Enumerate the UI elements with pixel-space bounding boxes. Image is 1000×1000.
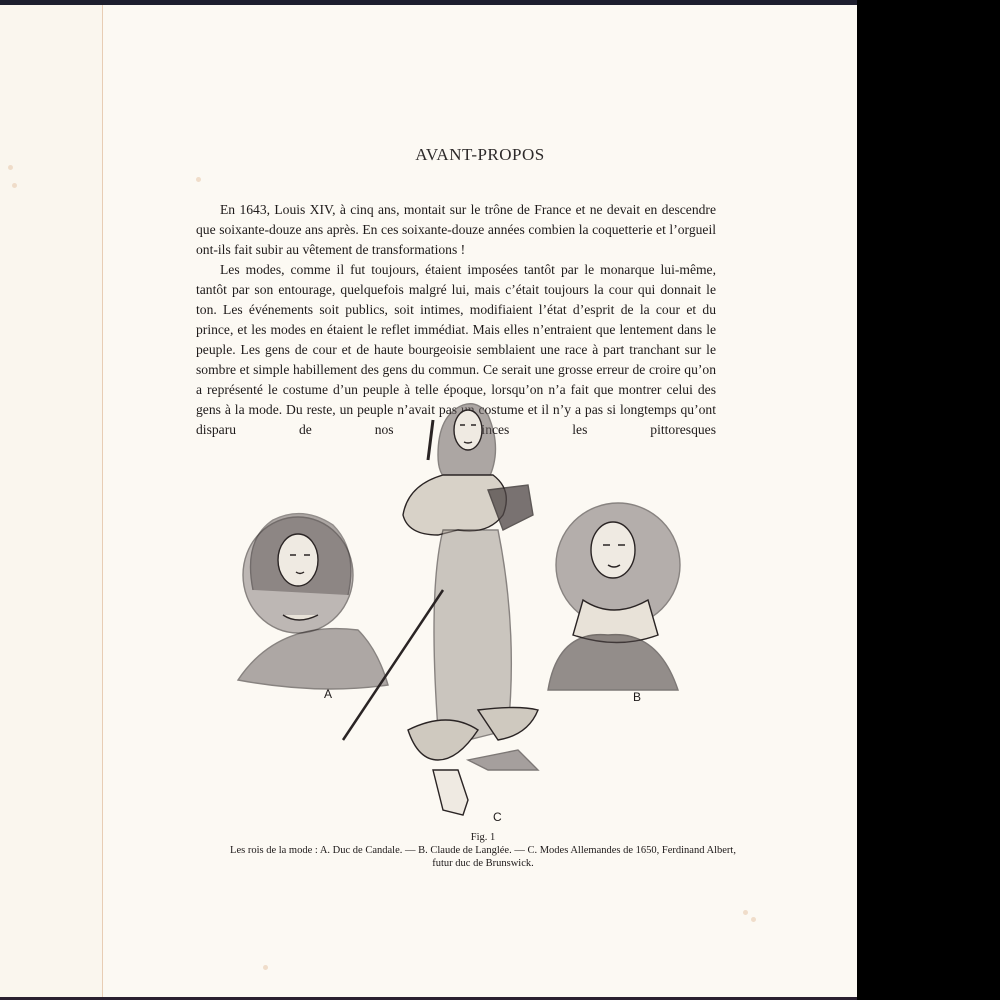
figure-illustration: A B C (228, 390, 728, 830)
foxing-spot (12, 183, 17, 188)
figure-c (343, 404, 538, 815)
foxing-spot (743, 910, 748, 915)
page-title: AVANT-PROPOS (103, 145, 857, 165)
portrait-a (238, 514, 388, 689)
label-b: B (633, 690, 641, 704)
label-c: C (493, 810, 502, 824)
scanned-book-spread: AVANT-PROPOS En 1643, Louis XIV, à cinq … (0, 0, 857, 1000)
figure-caption: Fig. 1 Les rois de la mode : A. Duc de C… (223, 831, 743, 870)
foxing-spot (8, 165, 13, 170)
book-page: AVANT-PROPOS En 1643, Louis XIV, à cinq … (103, 5, 857, 997)
left-page-edge (0, 5, 103, 997)
label-a: A (324, 687, 332, 701)
figure-number: Fig. 1 (223, 831, 743, 844)
foxing-spot (263, 965, 268, 970)
portrait-b (548, 503, 680, 690)
foxing-spot (196, 177, 201, 182)
foxing-spot (751, 917, 756, 922)
paragraph: En 1643, Louis XIV, à cinq ans, montait … (196, 200, 716, 260)
engraving-image (228, 390, 728, 830)
caption-text: Les rois de la mode : A. Duc de Candale.… (230, 845, 736, 869)
